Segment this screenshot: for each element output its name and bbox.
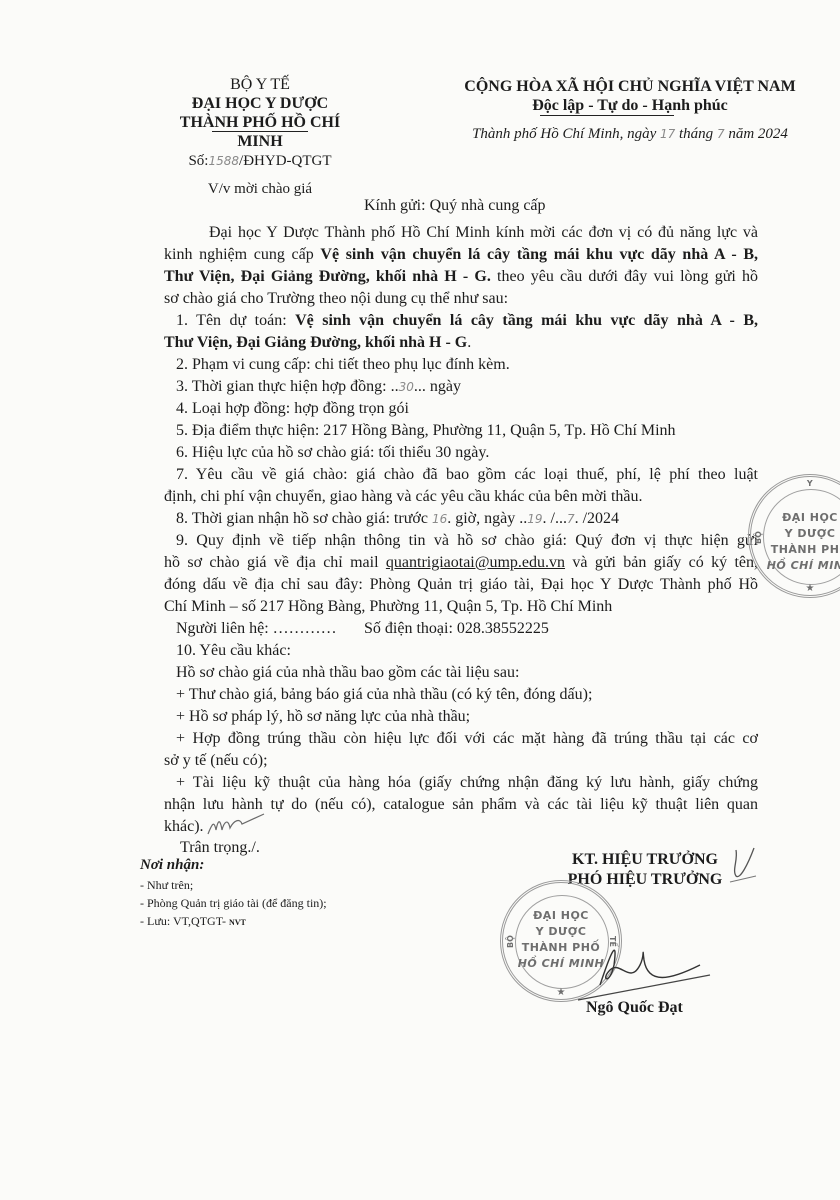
contract-days-handwritten: 30: [399, 380, 414, 394]
document-date: Thành phố Hồ Chí Minh, ngày 17 tháng 7 n…: [420, 125, 840, 143]
item-4: 4. Loại hợp đồng: hợp đồng trọn gói: [176, 399, 409, 419]
item-10-intro: Hồ sơ chào giá của nhà thầu bao gồm các …: [176, 663, 519, 683]
seal-star-icon: ★: [751, 583, 840, 594]
deadline-day-handwritten: 19: [527, 512, 542, 526]
signature-scribble-icon: [570, 925, 720, 1005]
salutation: Kính gửi: Quý nhà cung cấp: [364, 196, 546, 216]
requirement-3-line2: sở y tế (nếu có);: [164, 751, 268, 771]
email-link[interactable]: quantrigiaotai@ump.edu.vn: [386, 554, 565, 571]
item-9-line4: Chí Minh – số 217 Hồng Bàng, Phường 11, …: [164, 597, 612, 617]
recipient-2: - Phòng Quản trị giáo tài (để đăng tin);: [140, 895, 327, 911]
ministry-name: BỘ Y TẾ: [160, 76, 360, 94]
item-5: 5. Địa điểm thực hiện: 217 Hồng Bàng, Ph…: [176, 421, 676, 441]
nation-title: CỘNG HÒA XÃ HỘI CHỦ NGHĨA VIỆT NAM: [420, 77, 840, 96]
document-number-handwritten: 1588: [208, 154, 239, 168]
intro-line4: sơ chào giá cho Trường theo nội dung cụ …: [164, 289, 508, 309]
recipient-3: - Lưu: VT,QTGT- NVT: [140, 913, 327, 931]
recipients-title: Nơi nhận:: [140, 856, 327, 874]
item-8: 8. Thời gian nhận hồ sơ chào giá: trước …: [176, 509, 619, 529]
university-name-line1: ĐẠI HỌC Y DƯỢC: [160, 94, 360, 113]
item-9-line3: đóng dấu về địa chỉ sau đây: Phòng Quản …: [164, 575, 758, 595]
subject-line: V/v mời chào giá: [160, 180, 360, 198]
item-1-line2: Thư Viện, Đại Giảng Đường, khối nhà H - …: [164, 333, 471, 353]
requirement-3-line1: + Hợp đồng trúng thầu còn hiệu lực đối v…: [176, 729, 758, 749]
item-1-line1: 1. Tên dự toán: Vệ sinh vận chuyển lá câ…: [176, 311, 758, 331]
requirement-4-line3: khác).: [164, 817, 204, 837]
date-month-handwritten: 7: [717, 127, 725, 141]
motto-underline: [540, 115, 674, 116]
document-number: Số:1588/ĐHYD-QTGT: [160, 152, 360, 170]
recipients-block: Nơi nhận: - Như trên; - Phòng Quản trị g…: [140, 856, 327, 931]
seal-stamp-partial: Y ĐẠI HỌC Y DƯỢC THÀNH PHỐ HỒ CHÍ MINH B…: [748, 474, 840, 598]
contact-phone: Số điện thoại: 028.38552225: [364, 619, 549, 639]
item-9-line1: 9. Quy định về tiếp nhận thông tin và hồ…: [176, 531, 758, 551]
item-7-line2: định, chi phí vận chuyển, giao hàng và c…: [164, 487, 643, 507]
deadline-hour-handwritten: 16: [432, 512, 447, 526]
date-day-handwritten: 17: [660, 127, 675, 141]
approval-mark-icon: [728, 846, 758, 886]
requirement-2: + Hồ sơ pháp lý, hồ sơ năng lực của nhà …: [176, 707, 470, 727]
item-6: 6. Hiệu lực của hồ sơ chào giá: tối thiể…: [176, 443, 489, 463]
intro-line1: Đại học Y Dược Thành phố Hồ Chí Minh kín…: [209, 223, 758, 243]
intro-line2: kinh nghiệm cung cấp Vệ sinh vận chuyển …: [164, 245, 758, 265]
requirement-4-line1: + Tài liệu kỹ thuật của hàng hóa (giấy c…: [176, 773, 758, 793]
header-right: CỘNG HÒA XÃ HỘI CHỦ NGHĨA VIỆT NAM Độc l…: [420, 77, 840, 143]
closing-text: Trân trọng./.: [180, 838, 260, 858]
signature-title-line1: KT. HIỆU TRƯỞNG: [545, 850, 745, 870]
item-7-line1: 7. Yêu cầu về giá chào: giá chào đã bao …: [176, 465, 758, 485]
initials-scribble-icon: [206, 810, 266, 840]
deadline-month-handwritten: 7: [567, 512, 575, 526]
header-underline: [212, 131, 308, 132]
header-left: BỘ Y TẾ ĐẠI HỌC Y DƯỢC THÀNH PHỐ HỒ CHÍ …: [160, 76, 360, 198]
recipient-1: - Như trên;: [140, 877, 327, 893]
item-2: 2. Phạm vi cung cấp: chi tiết theo phụ l…: [176, 355, 510, 375]
item-10: 10. Yêu cầu khác:: [176, 641, 291, 661]
item-3: 3. Thời gian thực hiện hợp đồng: ..30...…: [176, 377, 461, 397]
intro-line3: Thư Viện, Đại Giảng Đường, khối nhà H - …: [164, 267, 758, 287]
item-9-line2: hồ sơ chào giá về địa chỉ mail quantrigi…: [164, 553, 758, 573]
project-title: Vệ sinh vận chuyển lá cây tầng mái khu v…: [320, 246, 758, 263]
national-motto: Độc lập - Tự do - Hạnh phúc: [420, 96, 840, 115]
contact-person: Người liên hệ: …………: [176, 619, 337, 639]
university-name-text: THÀNH PHỐ HỒ CHÍ MINH: [180, 114, 340, 150]
requirement-1: + Thư chào giá, bảng báo giá của nhà thầ…: [176, 685, 592, 705]
university-name-line2: THÀNH PHỐ HỒ CHÍ MINH: [160, 113, 360, 151]
